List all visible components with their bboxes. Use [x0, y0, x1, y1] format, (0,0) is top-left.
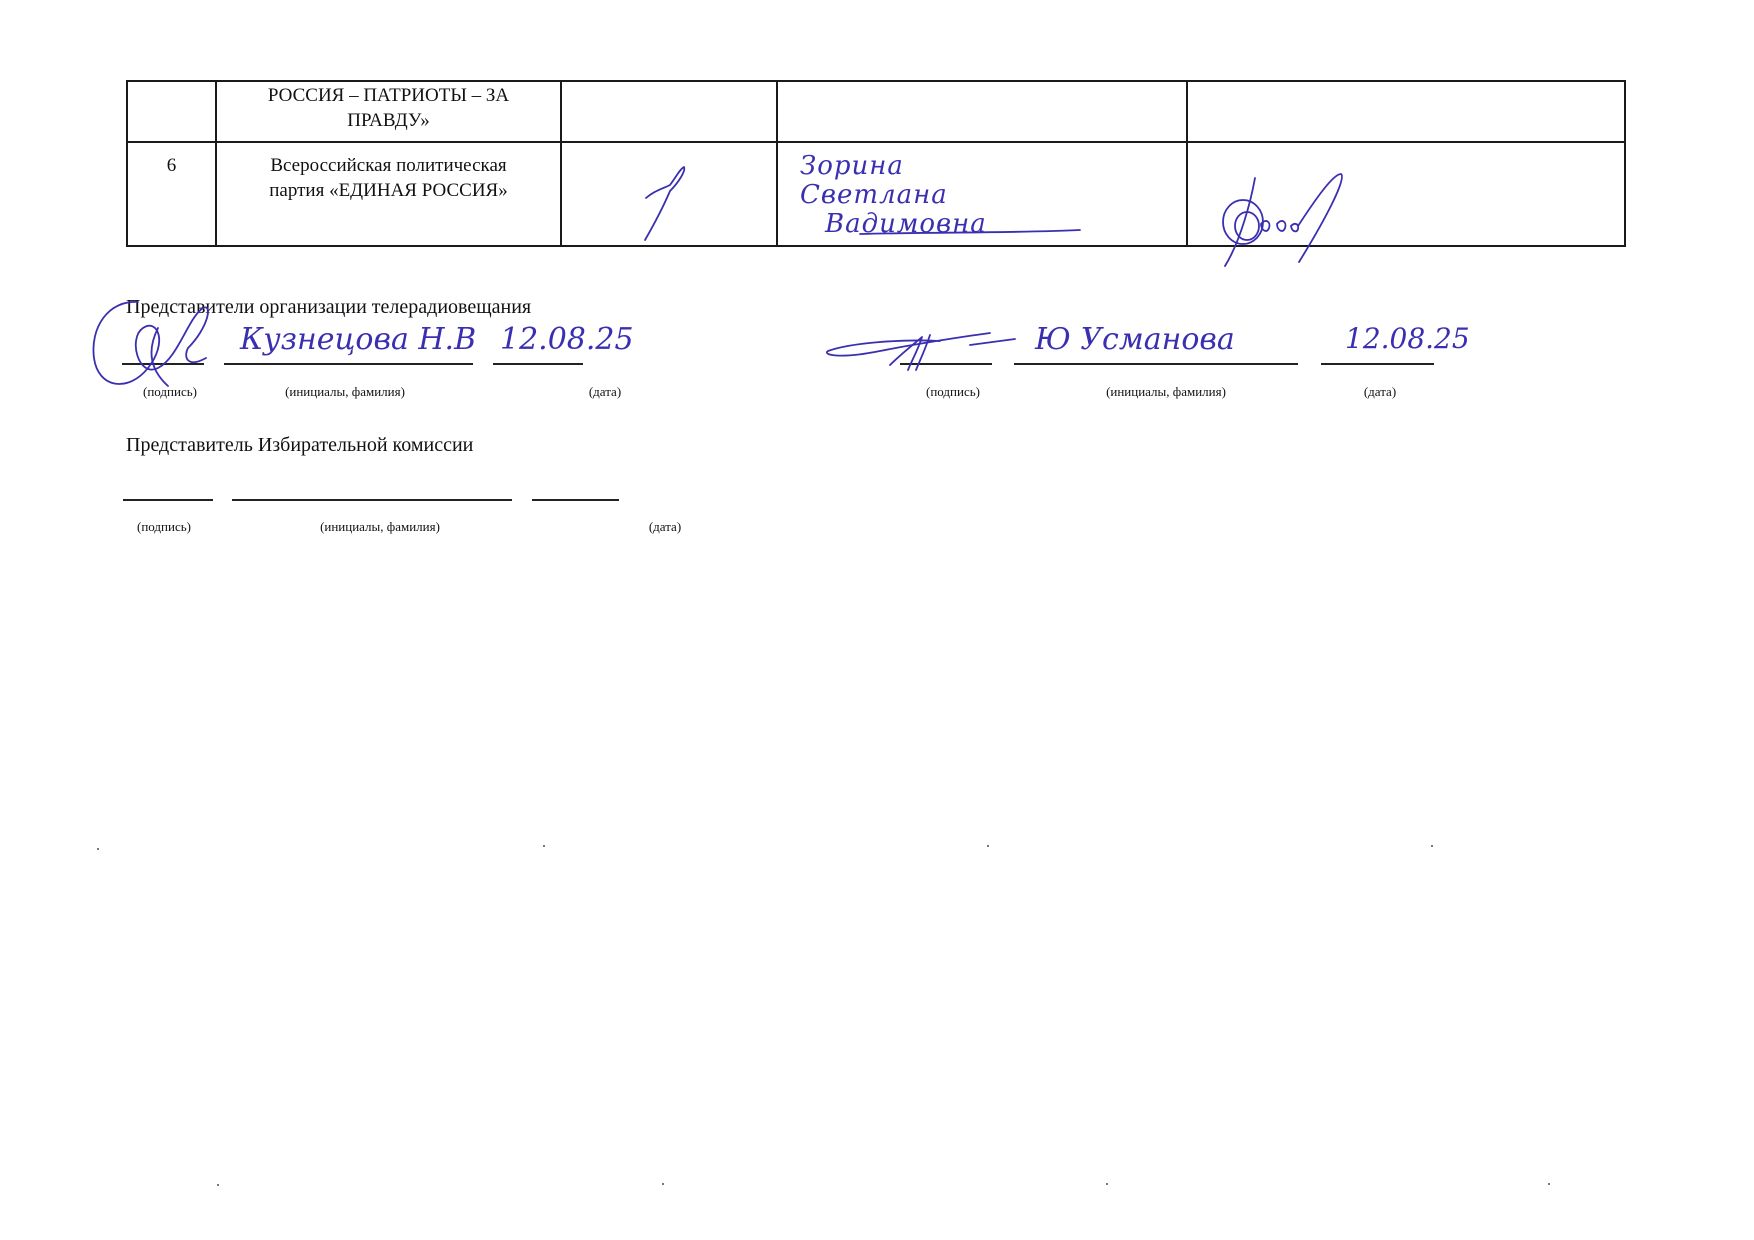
name-label: (инициалы, фамилия) — [300, 519, 460, 535]
date-handwritten: 12.08.25 — [1345, 322, 1470, 355]
column-divider — [1186, 80, 1188, 247]
date-label: (дата) — [570, 384, 640, 400]
row-divider — [126, 141, 1626, 143]
party-name-cell: Всероссийская политическая партия «ЕДИНА… — [217, 153, 560, 203]
signature-line — [123, 499, 213, 501]
scan-speck — [1431, 845, 1433, 847]
party-name-line: Всероссийская политическая — [217, 153, 560, 178]
scan-speck — [1106, 1183, 1108, 1185]
name-handwritten: Кузнецова Н.В — [240, 322, 476, 357]
party-name-line: партия «ЕДИНАЯ РОССИЯ» — [217, 178, 560, 203]
section-heading: Представитель Избирательной комиссии — [126, 433, 473, 457]
scan-speck — [662, 1183, 664, 1185]
column-divider — [776, 80, 778, 247]
handwritten-number — [640, 165, 700, 245]
scan-speck — [1548, 1183, 1550, 1185]
date-line — [493, 363, 583, 365]
scan-speck — [97, 848, 99, 850]
signature-icon — [88, 298, 238, 398]
column-divider — [560, 80, 562, 247]
underline-stroke — [820, 222, 1090, 242]
signature-icon — [820, 325, 1020, 375]
name-label: (инициалы, фамилия) — [265, 384, 425, 400]
name-line — [1014, 363, 1298, 365]
name-label: (инициалы, фамилия) — [1086, 384, 1246, 400]
scan-speck — [543, 845, 545, 847]
name-line: Зорина — [800, 152, 987, 181]
name-line: Светлана — [800, 181, 987, 210]
date-label: (дата) — [1345, 384, 1415, 400]
name-line — [224, 363, 473, 365]
row-number-cell: 6 — [128, 153, 215, 178]
party-name-line: РОССИЯ – ПАТРИОТЫ – ЗА — [217, 83, 560, 108]
signature-label: (подпись) — [122, 384, 218, 400]
date-label: (дата) — [630, 519, 700, 535]
party-name-line: ПРАВДУ» — [217, 108, 560, 133]
date-line — [532, 499, 619, 501]
date-line — [1321, 363, 1434, 365]
party-name-cell: РОССИЯ – ПАТРИОТЫ – ЗА ПРАВДУ» — [217, 83, 560, 133]
signature-label: (подпись) — [116, 519, 212, 535]
date-handwritten: 12.08.25 — [500, 322, 634, 357]
scan-speck — [217, 1184, 219, 1186]
scan-speck — [987, 845, 989, 847]
signature-label: (подпись) — [905, 384, 1001, 400]
signature-icon — [1215, 170, 1385, 270]
name-line — [232, 499, 512, 501]
name-handwritten: Ю Усманова — [1035, 322, 1235, 357]
